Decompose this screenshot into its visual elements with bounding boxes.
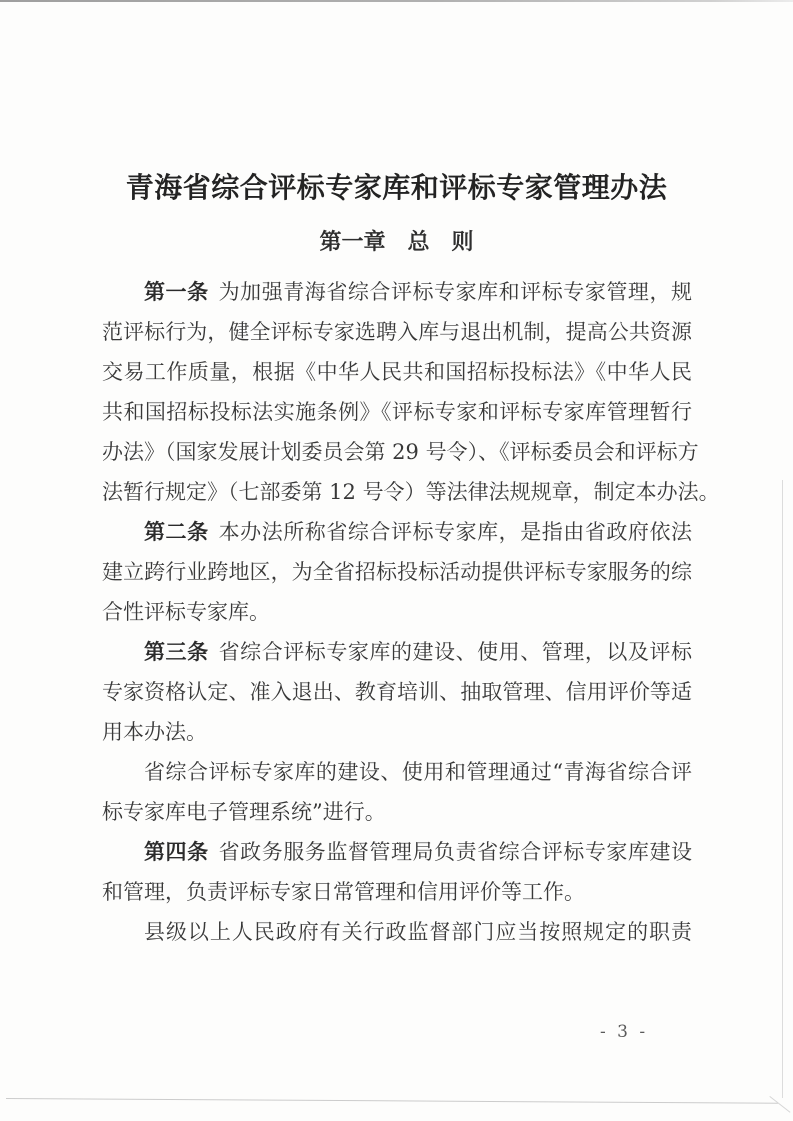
body-line: 范评标行为，健全评标专家选聘入库与退出机制，提高公共资源 — [102, 312, 692, 352]
body-line: 用本办法。 — [102, 712, 692, 752]
document-body: 第一条为加强青海省综合评标专家库和评标专家管理，规范评标行为，健全评标专家选聘入… — [102, 272, 692, 952]
scan-corner-artifact — [769, 1096, 790, 1113]
body-line: 法暂行规定》（七部委第 12 号令）等法律法规规章，制定本办法。 — [102, 472, 692, 512]
body-line: 交易工作质量，根据《中华人民共和国招标投标法》《中华人民 — [102, 352, 692, 392]
article-number: 第二条 — [144, 519, 209, 544]
scanned-document-page: 青海省综合评标专家库和评标专家管理办法 第一章 总 则 第一条为加强青海省综合评… — [0, 0, 793, 1121]
article-number: 第三条 — [144, 639, 209, 664]
body-line: 第一条为加强青海省综合评标专家库和评标专家管理，规 — [102, 272, 692, 312]
body-line: 第三条省综合评标专家库的建设、使用、管理，以及评标 — [102, 632, 692, 672]
body-line: 共和国招标投标法实施条例》《评标专家和评标专家库管理暂行 — [102, 392, 692, 432]
body-line: 第四条省政务服务监督管理局负责省综合评标专家库建设 — [102, 832, 692, 872]
body-line: 建立跨行业跨地区，为全省招标投标活动提供评标专家服务的综 — [102, 552, 692, 592]
scan-top-edge-artifact — [0, 0, 793, 2]
article-number: 第四条 — [144, 839, 209, 864]
body-line: 标专家库电子管理系统”进行。 — [102, 792, 692, 832]
scan-bottom-edge-artifact — [6, 1098, 778, 1104]
body-line: 办法》（国家发展计划委员会第 29 号令）、《评标委员会和评标方 — [102, 432, 692, 472]
article-number: 第一条 — [144, 279, 209, 304]
document-title: 青海省综合评标专家库和评标专家管理办法 — [0, 166, 793, 210]
page-number: - 3 - — [600, 1020, 648, 1044]
scan-right-edge-artifact — [782, 480, 783, 1098]
body-line: 第二条本办法所称省综合评标专家库，是指由省政府依法 — [102, 512, 692, 552]
body-line: 和管理，负责评标专家日常管理和信用评价等工作。 — [102, 872, 692, 912]
body-line: 专家资格认定、准入退出、教育培训、抽取管理、信用评价等适 — [102, 672, 692, 712]
body-line: 省综合评标专家库的建设、使用和管理通过“青海省综合评 — [102, 752, 692, 792]
body-line: 县级以上人民政府有关行政监督部门应当按照规定的职责 — [102, 912, 692, 952]
chapter-heading: 第一章 总 则 — [0, 226, 793, 260]
body-line: 合性评标专家库。 — [102, 592, 692, 632]
